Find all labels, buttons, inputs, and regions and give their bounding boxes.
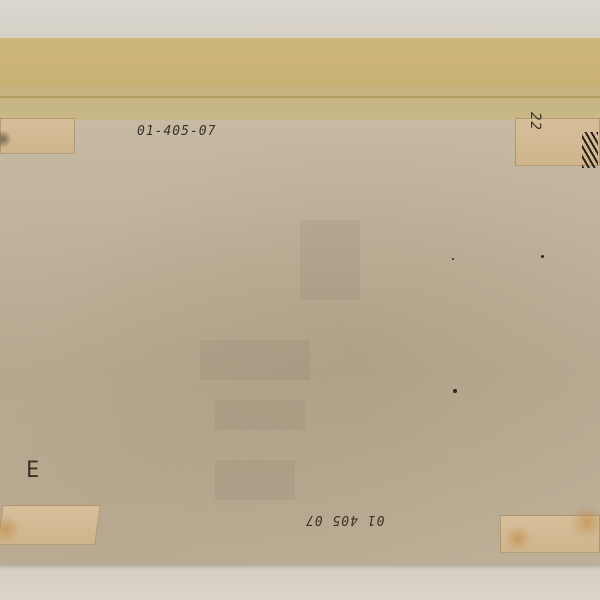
bleed-through-mark — [200, 340, 310, 380]
tape-edge — [0, 96, 600, 98]
catalog-number-bottom-inverted: 01 405 07 — [305, 512, 384, 527]
speck — [541, 255, 544, 258]
speck — [452, 258, 454, 260]
bleed-through-mark — [215, 400, 305, 430]
bleed-through-mark — [300, 220, 360, 300]
speck — [453, 389, 457, 393]
paper-sheet — [0, 80, 600, 565]
corner-pencil-marks: 22 — [527, 112, 543, 131]
letter-mark: E — [26, 458, 40, 483]
bleed-through-mark — [215, 460, 295, 500]
ink-scribble — [582, 132, 598, 168]
stain — [505, 525, 531, 551]
backdrop-bottom — [0, 565, 600, 600]
masking-tape-strip — [0, 38, 600, 120]
catalog-number-top: 01-405-07 — [137, 124, 216, 139]
stain — [570, 505, 600, 539]
